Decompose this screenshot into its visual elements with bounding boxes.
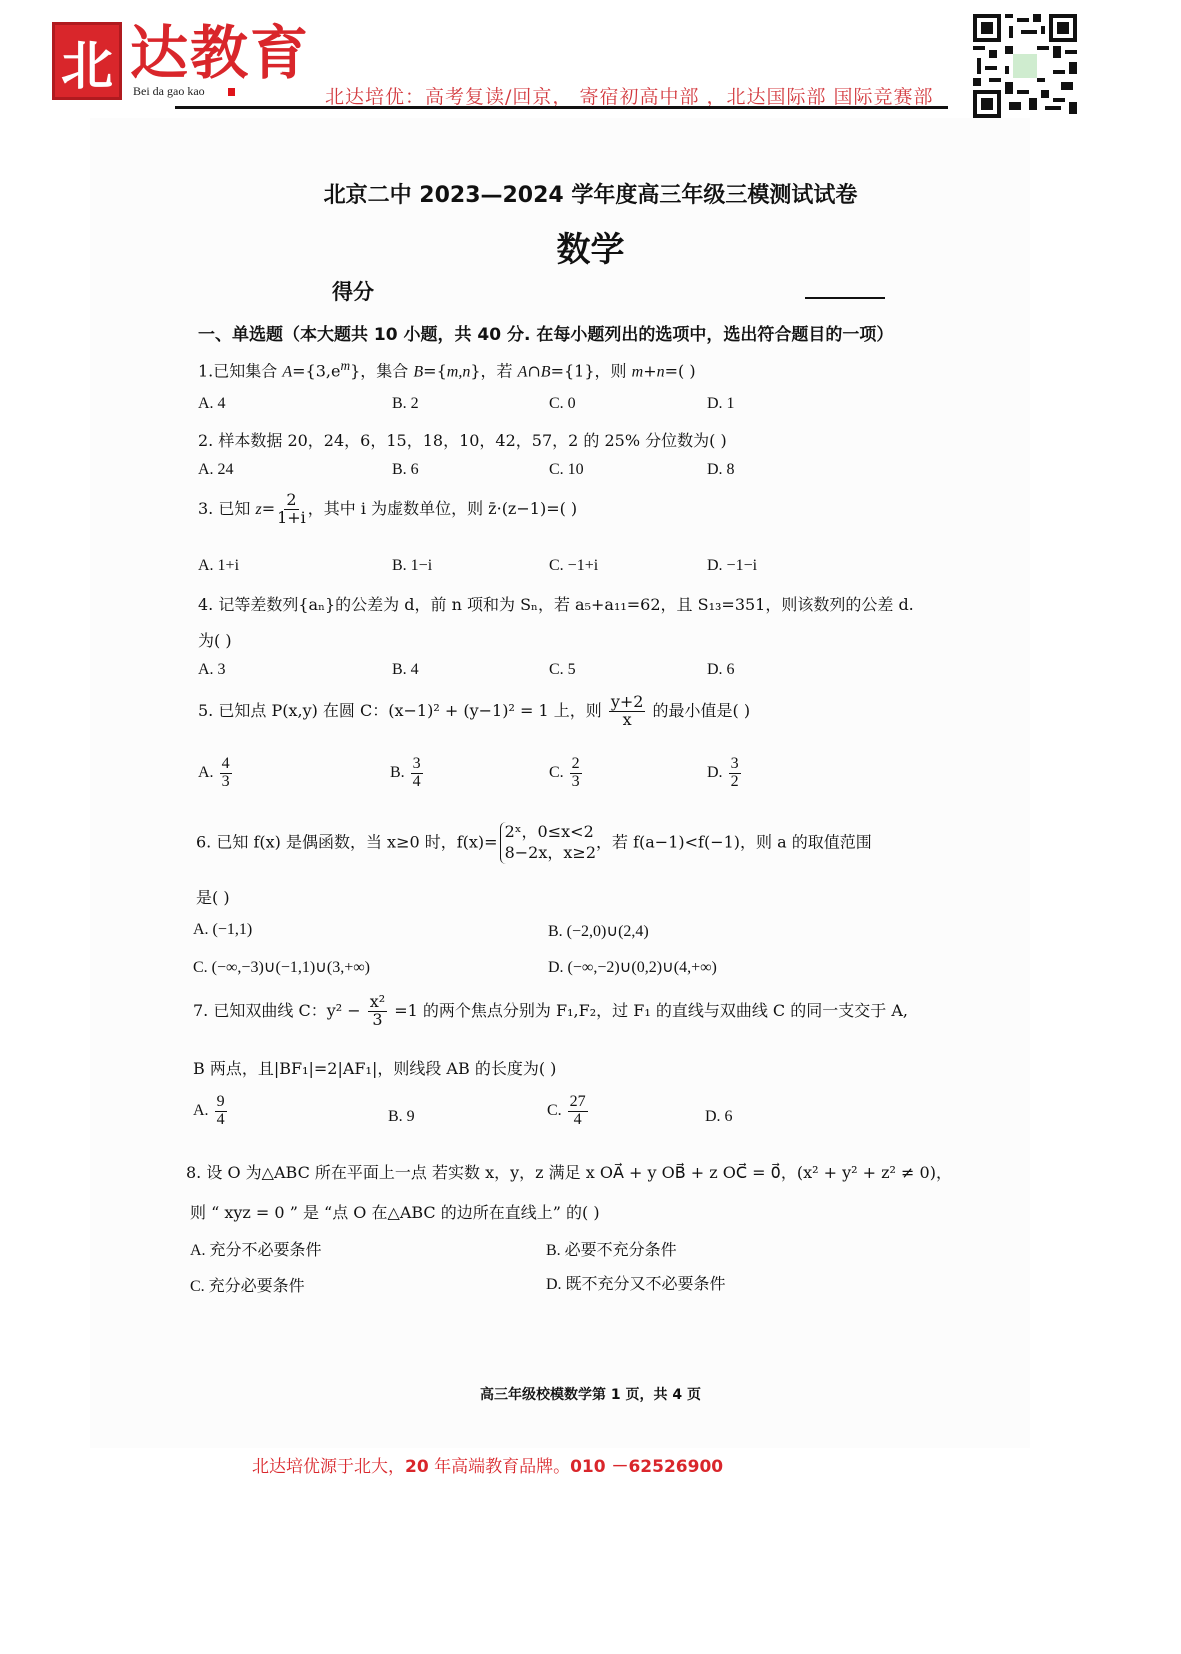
stem-text: +	[643, 361, 656, 380]
logo-mark: 北	[52, 22, 122, 100]
numerator: 4	[220, 756, 232, 774]
stem-text: =	[262, 499, 275, 518]
question-number: 6.	[196, 832, 211, 851]
denominator: 2	[731, 774, 739, 791]
numerator: 3	[411, 756, 423, 774]
stem-text: ={3,e	[292, 361, 340, 380]
fraction: x²3	[368, 994, 387, 1029]
score-blank	[805, 297, 885, 299]
denominator: 4	[217, 1112, 225, 1129]
question-number: 4.	[198, 595, 213, 614]
ad-text: 年高端教育品牌。	[429, 1457, 570, 1477]
ad-years: 20	[405, 1457, 429, 1477]
score-label: 得分	[332, 276, 374, 306]
option-label: B.	[390, 764, 405, 781]
fraction: 23	[570, 756, 582, 791]
question-8-line2: 则 “ xyz = 0 ” 是 “点 O 在△ABC 的边所在直线上” 的( )	[190, 1200, 600, 1223]
stem-text: ={1}，则	[551, 361, 632, 380]
math-var: m,n	[447, 363, 471, 380]
denominator: 4	[413, 774, 421, 791]
denominator: 3	[372, 1012, 382, 1029]
piecewise-function: 2ˣ，0≤x<28−2x，x≥2	[500, 822, 596, 864]
header-slogan: 北达培优：高考复读/回京， 寄宿初高中部 ，北达国际部 国际竞赛部	[325, 82, 934, 109]
option-b: B. 4	[392, 661, 419, 679]
math-var: n	[657, 363, 665, 380]
stem-text: ∩	[527, 361, 540, 380]
denominator: 3	[572, 774, 580, 791]
fraction: 34	[411, 756, 423, 791]
fraction: 21+i	[277, 492, 306, 527]
stem-text: 已知双曲线 C：y² −	[213, 1001, 365, 1020]
option-a: A. 43	[198, 756, 234, 791]
stem-text: }，集合	[350, 361, 413, 380]
option-c: C. 10	[549, 461, 584, 479]
option-c: C. 5	[549, 661, 576, 679]
option-b: B. 2	[392, 395, 419, 413]
stem-text: 记等差数列{aₙ}的公差为 d，前 n 项和为 Sₙ，若 a₅+a₁₁=62，且…	[218, 595, 913, 614]
option-label: D.	[707, 764, 723, 781]
stem-text: 已知	[218, 499, 255, 518]
numerator: 27	[568, 1094, 588, 1112]
option-a: A. 1+i	[198, 557, 239, 575]
question-6-line2: 是( )	[196, 885, 230, 908]
option-d: D. 6	[707, 661, 735, 679]
fraction: 32	[729, 756, 741, 791]
math-var: B	[413, 363, 423, 380]
question-number: 1.	[198, 361, 213, 380]
numerator: 3	[729, 756, 741, 774]
option-a: A. 4	[198, 395, 226, 413]
question-number: 8.	[186, 1163, 201, 1182]
stem-text: =1 的两个焦点分别为 F₁,F₂，过 F₁ 的直线与双曲线 C 的同一支交于 …	[389, 1001, 908, 1020]
stem-text: ，若 f(a−1)<f(−1)，则 a 的取值范围	[596, 832, 872, 851]
option-a: A. 3	[198, 661, 226, 679]
option-c: C. −1+i	[549, 557, 598, 575]
denominator: 1+i	[277, 510, 306, 527]
question-7: 7. 已知双曲线 C：y² − x²3 =1 的两个焦点分别为 F₁,F₂，过 …	[193, 994, 908, 1029]
question-7-line2: B 两点，且|BF₁|=2|AF₁|，则线段 AB 的长度为( )	[193, 1056, 556, 1079]
numerator: 2	[570, 756, 582, 774]
option-c: C. (−∞,−3)∪(−1,1)∪(3,+∞)	[193, 957, 370, 977]
option-label: C.	[549, 764, 564, 781]
option-d: D. (−∞,−2)∪(0,2)∪(4,+∞)	[548, 957, 717, 977]
numerator: 9	[215, 1094, 227, 1112]
math-var: A	[518, 363, 528, 380]
option-a: A. (−1,1)	[193, 921, 252, 939]
footer-advert: 北达培优源于北大，20 年高端教育品牌。010 －62526900	[252, 1452, 723, 1477]
option-label: A.	[193, 1102, 209, 1119]
question-6: 6. 已知 f(x) 是偶函数，当 x≥0 时，f(x)=2ˣ，0≤x<28−2…	[196, 822, 872, 864]
option-d: D. 32	[707, 756, 743, 791]
exam-title: 北京二中 2023—2024 学年度高三年级三模测试试卷	[0, 178, 1181, 209]
logo-square-icon	[228, 88, 235, 96]
math-var: m	[340, 358, 350, 373]
denominator: 4	[574, 1112, 582, 1129]
option-d: D. 既不充分又不必要条件	[546, 1271, 726, 1294]
option-d: D. 8	[707, 461, 735, 479]
question-number: 5.	[198, 701, 213, 720]
ad-phone: 010 －62526900	[570, 1457, 723, 1477]
option-b: B. 34	[390, 756, 425, 791]
option-c: C. 23	[549, 756, 584, 791]
stem-text: 设 O 为△ABC 所在平面上一点 若实数 x，y，z 满足 x OA⃗ + y…	[206, 1163, 952, 1182]
stem-text: 已知集合	[213, 361, 282, 380]
qr-code-icon	[973, 14, 1077, 118]
stem-text: 样本数据 20，24，6，15，18，10，42，57，2 的 25% 分位数为…	[218, 431, 726, 450]
piece-2: 8−2x，x≥2	[505, 843, 596, 864]
option-d: D. 6	[705, 1108, 733, 1126]
header-divider	[175, 106, 948, 109]
option-a: A. 24	[198, 461, 234, 479]
option-b: B. 9	[388, 1108, 415, 1126]
math-var: m	[632, 363, 644, 380]
option-b: B. 1−i	[392, 557, 432, 575]
option-b: B. 必要不充分条件	[546, 1237, 677, 1260]
stem-text: 已知点 P(x,y) 在圆 C：(x−1)² + (y−1)² = 1 上，则	[218, 701, 606, 720]
option-a: A. 94	[193, 1094, 229, 1129]
logo-subtitle: Bei da gao kao	[133, 84, 205, 99]
option-label: C.	[547, 1102, 562, 1119]
option-d: D. −1−i	[707, 557, 757, 575]
option-c: C. 0	[549, 395, 576, 413]
page-number: 高三年级校模数学第 1 页，共 4 页	[0, 1384, 1181, 1404]
option-c: C. 充分必要条件	[190, 1273, 305, 1296]
exam-subject: 数学	[0, 222, 1181, 271]
question-3: 3. 已知 z=21+i，其中 i 为虚数单位，则 z̄·(z−1)=( )	[198, 492, 577, 527]
question-1: 1.已知集合 A={3,em}，集合 B={m,n}，若 A∩B={1}，则 m…	[198, 358, 696, 381]
option-a: A. 充分不必要条件	[190, 1237, 322, 1260]
question-number: 7.	[193, 1001, 208, 1020]
stem-text: }，若	[470, 361, 517, 380]
fraction: y+2x	[609, 694, 646, 729]
question-number: 3.	[198, 499, 213, 518]
option-b: B. 6	[392, 461, 419, 479]
stem-text: 已知 f(x) 是偶函数，当 x≥0 时，f(x)=	[216, 832, 497, 851]
stem-text: ={	[423, 361, 447, 380]
math-var: B	[541, 363, 551, 380]
question-5: 5. 已知点 P(x,y) 在圆 C：(x−1)² + (y−1)² = 1 上…	[198, 694, 750, 729]
denominator: x	[623, 712, 632, 729]
logo-text: 达教育	[130, 18, 310, 88]
question-4-line2: 为( )	[198, 628, 232, 651]
stem-text: ，其中 i 为虚数单位，则 z̄·(z−1)=( )	[308, 499, 577, 518]
question-number: 2.	[198, 431, 213, 450]
option-label: A.	[198, 764, 214, 781]
section-heading: 一、单选题（本大题共 10 小题，共 40 分. 在每小题列出的选项中，选出符合…	[198, 320, 893, 345]
piece-1: 2ˣ，0≤x<2	[505, 822, 596, 843]
denominator: 3	[222, 774, 230, 791]
option-c: C. 274	[547, 1094, 590, 1129]
fraction: 274	[568, 1094, 588, 1129]
question-2: 2. 样本数据 20，24，6，15，18，10，42，57，2 的 25% 分…	[198, 428, 727, 451]
option-d: D. 1	[707, 395, 735, 413]
fraction: 43	[220, 756, 232, 791]
option-b: B. (−2,0)∪(2,4)	[548, 921, 649, 941]
stem-text: 的最小值是( )	[647, 701, 750, 720]
question-8: 8. 设 O 为△ABC 所在平面上一点 若实数 x，y，z 满足 x OA⃗ …	[186, 1160, 952, 1183]
stem-text: =( )	[665, 361, 696, 380]
math-var: A	[282, 363, 292, 380]
ad-text: 北达培优源于北大，	[252, 1457, 405, 1477]
fraction: 94	[215, 1094, 227, 1129]
question-4: 4. 记等差数列{aₙ}的公差为 d，前 n 项和为 Sₙ，若 a₅+a₁₁=6…	[198, 592, 914, 615]
